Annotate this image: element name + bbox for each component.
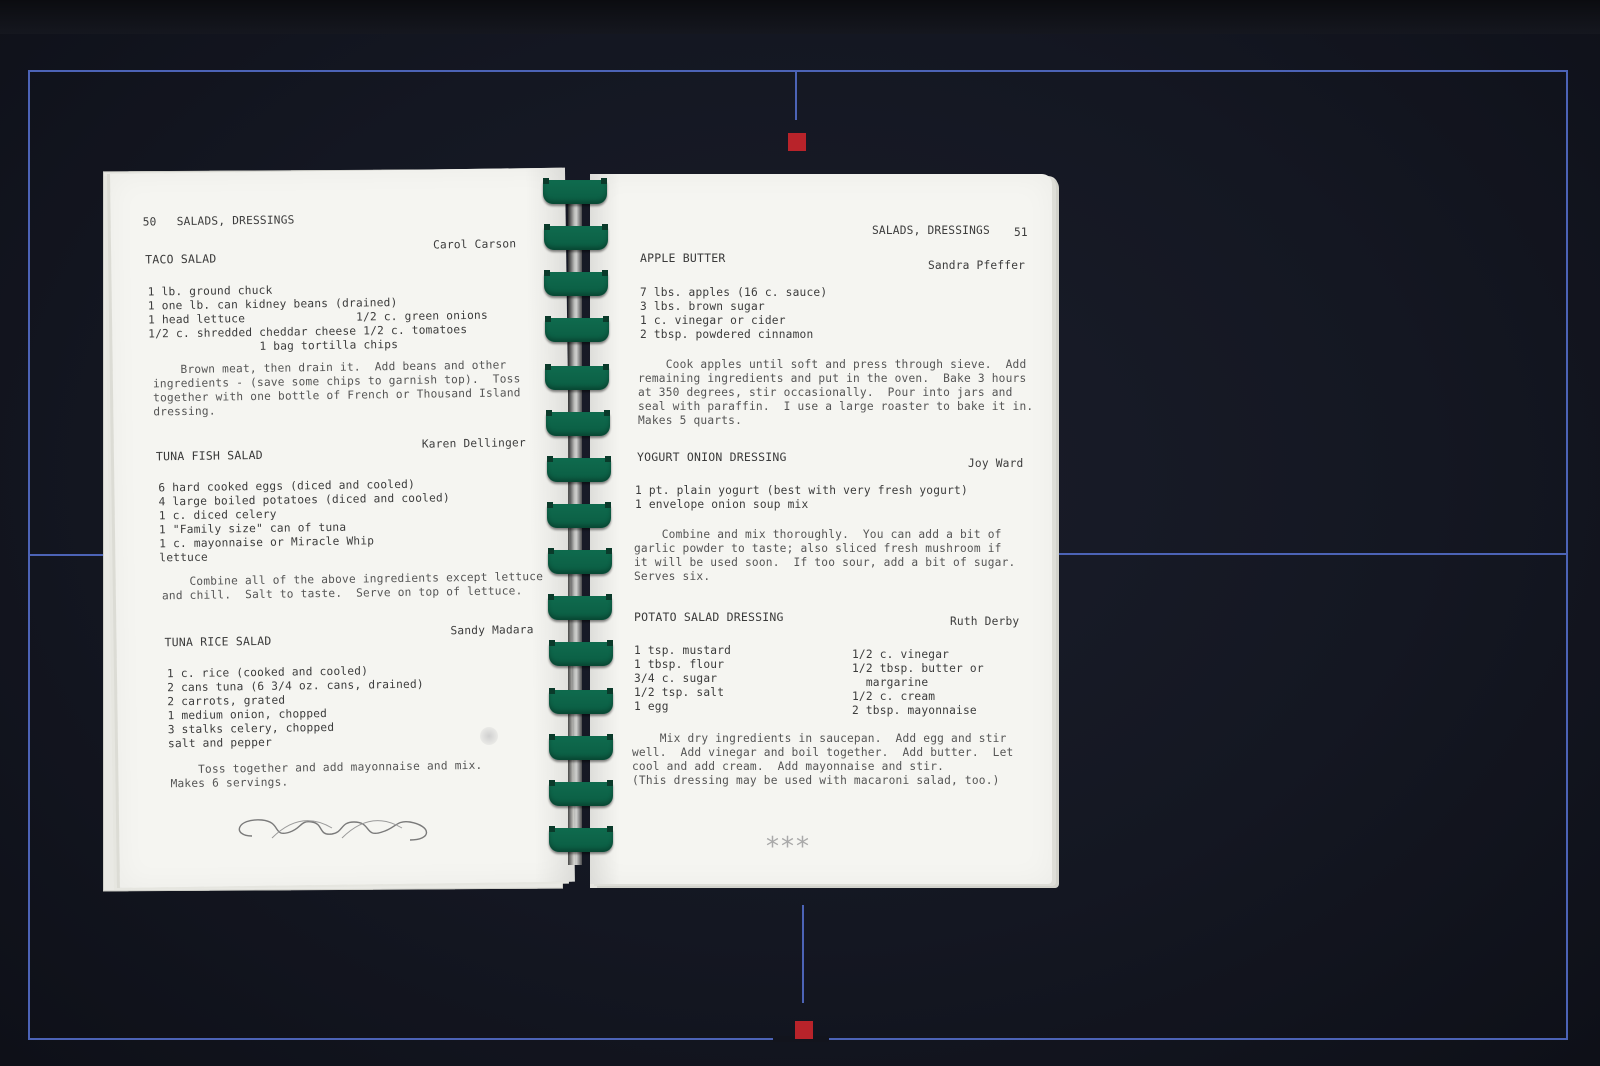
recipe-author: Carol Carson bbox=[433, 237, 516, 252]
binding-ring bbox=[544, 226, 608, 250]
recipe-directions: Combine and mix thoroughly. You can add … bbox=[634, 528, 1015, 584]
ingredient-list: 6 hard cooked eggs (diced and cooled) 4 … bbox=[158, 477, 450, 565]
scanner-top-edge bbox=[0, 0, 1600, 34]
binding-ring bbox=[548, 596, 612, 620]
page-number-right: 51 bbox=[1014, 226, 1028, 240]
registration-marker-top bbox=[788, 133, 806, 151]
recipe-title: YOGURT ONION DRESSING bbox=[637, 450, 787, 464]
recipe-author: Ruth Derby bbox=[950, 615, 1019, 629]
binding-ring bbox=[549, 642, 613, 666]
right-page: SALADS, DRESSINGS 51 APPLE BUTTER Sandra… bbox=[590, 174, 1052, 884]
page-smudge bbox=[480, 727, 498, 745]
guide-line-right bbox=[1056, 553, 1566, 555]
guide-line-left bbox=[28, 554, 108, 556]
binding-ring bbox=[549, 828, 613, 852]
left-page: 50 SALADS, DRESSINGS TACO SALAD Carol Ca… bbox=[110, 168, 575, 888]
recipe-title: APPLE BUTTER bbox=[640, 251, 725, 265]
recipe-title: TACO SALAD bbox=[145, 252, 216, 267]
section-header-right: SALADS, DRESSINGS bbox=[872, 224, 990, 238]
recipe-author: Karen Dellinger bbox=[422, 436, 526, 451]
end-of-section-asterisks: *** bbox=[766, 832, 811, 862]
binding-ring bbox=[549, 690, 613, 714]
recipe-directions: Mix dry ingredients in saucepan. Add egg… bbox=[632, 732, 1013, 788]
recipe-title: POTATO SALAD DRESSING bbox=[634, 610, 784, 624]
ingredient-list: 1 lb. ground chuck 1 one lb. can kidney … bbox=[148, 281, 489, 356]
binding-ring bbox=[545, 318, 609, 342]
section-header-left: SALADS, DRESSINGS bbox=[177, 213, 295, 229]
recipe-author: Joy Ward bbox=[968, 457, 1023, 471]
binding-ring bbox=[549, 736, 613, 760]
binding-ring bbox=[549, 782, 613, 806]
recipe-title: TUNA RICE SALAD bbox=[164, 634, 271, 649]
recipe-directions: Cook apples until soft and press through… bbox=[638, 358, 1033, 428]
ingredient-list: 1 c. rice (cooked and cooled) 2 cans tun… bbox=[167, 664, 425, 752]
recipe-title: TUNA FISH SALAD bbox=[156, 448, 263, 463]
recipe-directions: Brown meat, then drain it. Add beans and… bbox=[153, 358, 521, 419]
binding-ring bbox=[547, 458, 611, 482]
ingredient-list: 1 pt. plain yogurt (best with very fresh… bbox=[635, 484, 968, 512]
recipe-directions: Combine all of the above ingredients exc… bbox=[162, 570, 544, 603]
registration-marker-bottom bbox=[795, 1021, 813, 1039]
binding-ring bbox=[545, 366, 609, 390]
page-number-left: 50 bbox=[143, 215, 157, 229]
guide-line-bottom bbox=[802, 905, 804, 1003]
binding-ring bbox=[544, 272, 608, 296]
recipe-author: Sandra Pfeffer bbox=[928, 259, 1025, 273]
ingredient-list-left: 1 tsp. mustard 1 tbsp. flour 3/4 c. suga… bbox=[634, 644, 731, 714]
binding-ring bbox=[543, 180, 607, 204]
ingredient-list: 7 lbs. apples (16 c. sauce) 3 lbs. brown… bbox=[640, 286, 827, 342]
binding-ring bbox=[548, 550, 612, 574]
binding-ring bbox=[546, 412, 610, 436]
recipe-directions: Toss together and add mayonnaise and mix… bbox=[170, 759, 482, 791]
flourish-ornament bbox=[232, 808, 442, 848]
binding-ring bbox=[547, 504, 611, 528]
guide-line-top bbox=[795, 70, 797, 120]
recipe-author: Sandy Madara bbox=[450, 623, 533, 638]
ingredient-list-right: 1/2 c. vinegar 1/2 tbsp. butter or marga… bbox=[852, 648, 984, 718]
